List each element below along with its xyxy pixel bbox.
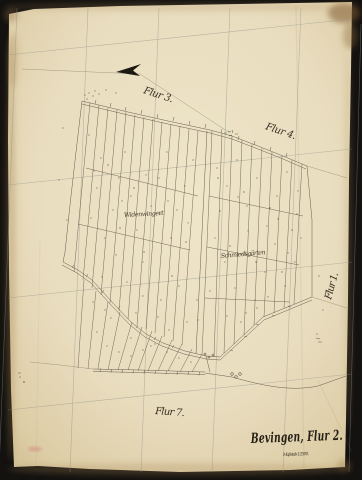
pink-smudge [28, 446, 42, 451]
map-scale-note: Maßstab 1:2500. [282, 452, 309, 458]
map-title: Bevingen, Flur 2. [250, 428, 343, 447]
cadastral-map-photo: Flur 3. Flur 4. Flur 1. Flur 7. Widenwin… [0, 0, 362, 480]
photo-stage: Flur 3. Flur 4. Flur 1. Flur 7. Widenwin… [0, 0, 362, 480]
label-flur-7: Flur 7. [154, 406, 186, 419]
